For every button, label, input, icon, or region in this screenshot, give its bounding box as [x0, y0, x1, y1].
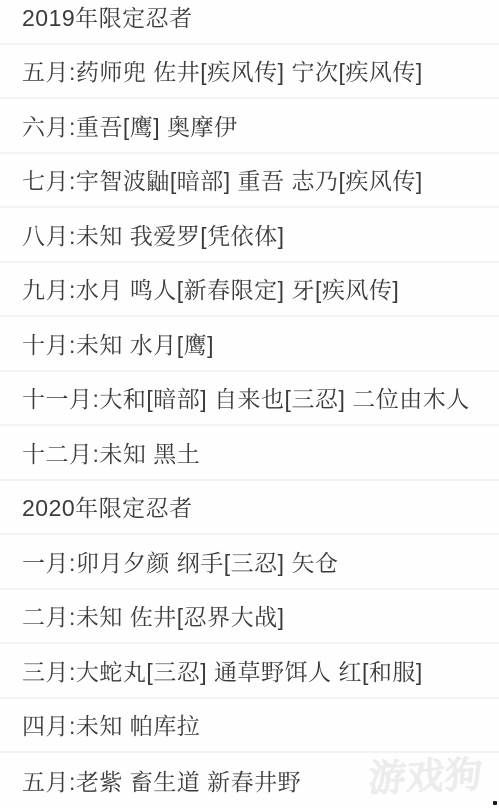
- list-row: 十二月:未知 黑土: [0, 426, 499, 481]
- section-header-2019: 2019年限定忍者: [0, 0, 499, 45]
- limited-ninja-list: 2019年限定忍者 五月:药师兜 佐井[疾风传] 宁次[疾风传] 六月:重吾[鹰…: [0, 0, 499, 808]
- list-row: 一月:卯月夕颜 纲手[三忍] 矢仓: [0, 535, 499, 590]
- list-row: 九月:水月 鸣人[新春限定] 牙[疾风传]: [0, 263, 499, 318]
- list-row: 三月:大蛇丸[三忍] 通草野饵人 红[和服]: [0, 644, 499, 699]
- list-row: 六月:重吾[鹰] 奥摩伊: [0, 99, 499, 154]
- list-row: 八月:未知 我爱罗[凭依体]: [0, 208, 499, 263]
- list-row: 十一月:大和[暗部] 自来也[三忍] 二位由木人: [0, 372, 499, 427]
- list-row: 二月:未知 佐井[忍界大战]: [0, 590, 499, 645]
- list-row: 七月:宇智波鼬[暗部] 重吾 志乃[疾风传]: [0, 154, 499, 209]
- corner-dot: [493, 801, 497, 805]
- list-row: 四月:未知 帕库拉: [0, 699, 499, 754]
- list-row: 五月:药师兜 佐井[疾风传] 宁次[疾风传]: [0, 45, 499, 100]
- list-row: 十月:未知 水月[鹰]: [0, 317, 499, 372]
- section-header-2020: 2020年限定忍者: [0, 481, 499, 536]
- youxigou-watermark: 游戏狗: [367, 744, 485, 802]
